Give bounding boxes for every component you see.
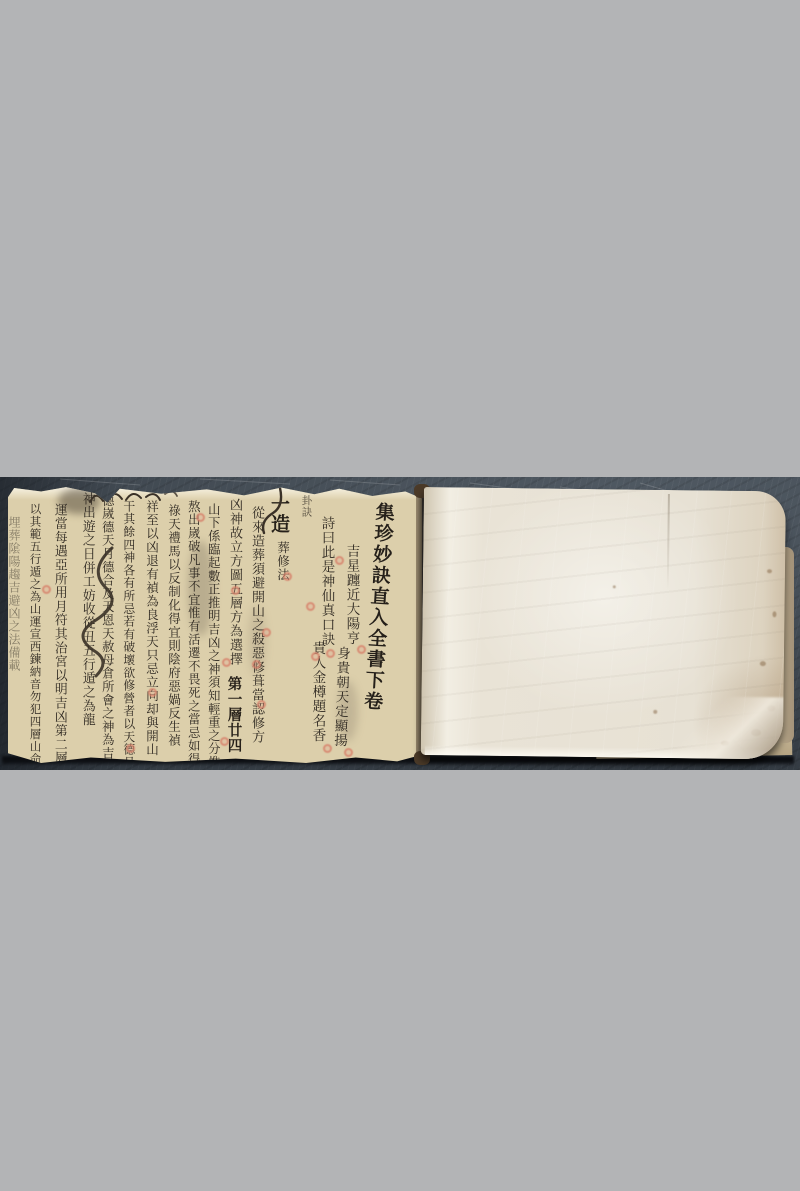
red-reading-mark (262, 628, 271, 637)
red-reading-mark (257, 700, 266, 709)
red-reading-mark (42, 585, 51, 594)
red-reading-mark (357, 645, 366, 654)
red-reading-mark (231, 586, 240, 595)
manuscript-column: 凶神故立方圖五層方為選擇 (228, 498, 241, 666)
red-reading-mark (323, 744, 332, 753)
manuscript-column: 山下係臨起數正推明吉凶之神須知輕重之分惟三 (207, 503, 219, 763)
red-reading-mark (196, 513, 205, 522)
manuscript-column: 干其餘四神各有所忌若有破壞欲修營者以天德月 (122, 500, 134, 763)
red-reading-mark (126, 744, 135, 753)
manuscript-column: 吉星躔近大陽亨 (344, 544, 358, 646)
manuscript-column: 熬出嵗破凡事不宜惟有活遷不畏死之當忌如得 (187, 500, 199, 763)
manuscript-column: 神出遊之日併工妨收從丑五行遁之為龍 (80, 492, 93, 727)
left-page: 集珍妙訣直入全書下卷吉星躔近大陽亨身貴朝天定顯揚詩曰此是神仙真口訣貴人金樽題名香… (8, 486, 422, 763)
manuscript-column: 一造 (269, 494, 288, 534)
manuscript-column: 以其範五行遁之為山運宣西鍊納音勿犯四層山命 (29, 503, 41, 763)
red-reading-mark (148, 688, 157, 697)
manuscript-column: 卦訣 (301, 495, 312, 518)
manuscript-column: 德嵗德天月德合及天恩天赦母倉所會之神為吉 (101, 494, 113, 760)
manuscript-photo: 集珍妙訣直入全書下卷吉星躔近大陽亨身貴朝天定顯揚詩曰此是神仙真口訣貴人金樽題名香… (0, 477, 800, 770)
red-reading-mark (306, 602, 315, 611)
manuscript-column: 祥至以凶退有禎為良浮天只忌立向却與開山 (145, 500, 158, 757)
red-reading-mark (335, 556, 344, 565)
manuscript-column: 祿天禮馬以反制化得宜則陰府惡媧反生禎 (167, 504, 180, 747)
red-reading-mark (344, 748, 353, 757)
manuscript-column: 運當每遇亞所用月符其治宮以明吉凶第二層 (52, 503, 65, 763)
right-page (421, 487, 786, 759)
manuscript-column: 埋葬隂陽趨吉避凶之法備載 (8, 516, 20, 672)
manuscript-title-column: 集珍妙訣直入全書下卷 (362, 502, 394, 713)
red-reading-mark (311, 652, 320, 661)
manuscript-column: 身貴朝天定顯揚 (331, 646, 348, 748)
page-curl (669, 696, 786, 759)
manuscript-column: 詩曰此是神仙真口訣 (319, 516, 333, 647)
red-reading-mark (283, 572, 292, 581)
red-reading-mark (222, 658, 231, 667)
red-reading-mark (252, 660, 261, 669)
red-reading-mark (326, 649, 335, 658)
red-reading-mark (220, 737, 229, 746)
